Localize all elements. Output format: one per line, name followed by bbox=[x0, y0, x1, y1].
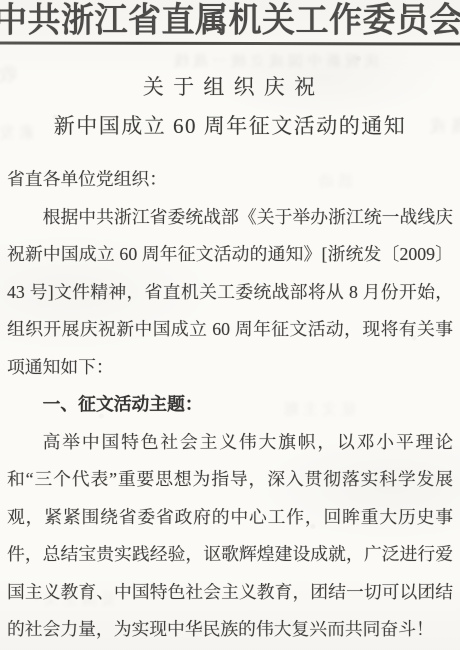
document-title-line2: 新中国成立 60 周年征文活动的通知 bbox=[0, 113, 460, 139]
scanned-document-page: 中共浙江省直属机关工作委员会 关 于 组 织 庆 祝 新中国成立 60 周年征文… bbox=[0, 0, 460, 650]
letterhead-org-name: 中共浙江省直属机关工作委员会 bbox=[0, 0, 460, 42]
document-body: 省直各单位党组织： 根据中共浙江省委统战部《关于举办浙江统一战线庆祝新中国成立 … bbox=[7, 161, 453, 649]
document-title: 关 于 组 织 庆 祝 新中国成立 60 周年征文活动的通知 bbox=[0, 74, 460, 139]
section-1-heading: 一、征文活动主题： bbox=[7, 386, 453, 424]
paragraph-theme: 高举中国特色社会主义伟大旗帜，以邓小平理论和“三个代表”重要思想为指导，深入贯彻… bbox=[7, 424, 453, 649]
bleedthrough-noise: 庆祝新中国成立统一战线 bbox=[170, 50, 379, 71]
document-title-line1: 关 于 组 织 庆 祝 bbox=[0, 74, 460, 100]
letterhead-divider-rule bbox=[0, 42, 460, 46]
paragraph-basis: 根据中共浙江省委统战部《关于举办浙江统一战线庆祝新中国成立 60 周年征文活动的… bbox=[7, 199, 453, 387]
salutation-line: 省直各单位党组织： bbox=[7, 161, 453, 199]
